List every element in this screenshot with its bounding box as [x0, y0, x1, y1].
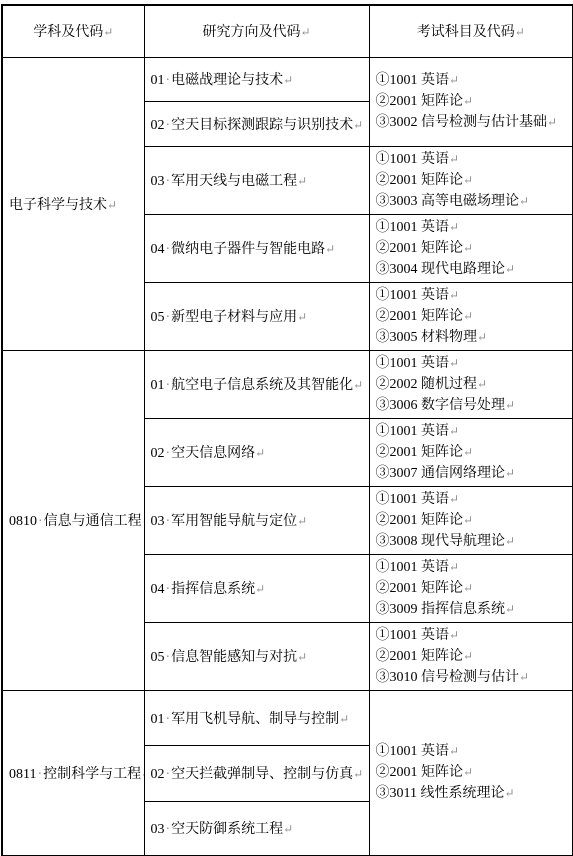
direction-name: 空天拦截弹制导、控制与仿真	[171, 767, 353, 782]
discipline-code: 0811	[9, 767, 36, 782]
direction-number: 02	[151, 446, 165, 461]
direction-name: 电磁战理论与技术	[171, 73, 283, 88]
exam-subject-line: ②2001 矩阵论↵	[376, 442, 570, 463]
exam-subject-line: ③3007 通信网络理论↵	[376, 463, 570, 484]
exam-subject-line: ③3003 高等电磁场理论↵	[376, 191, 570, 212]
exam-subject: ③3004 现代电路理论	[376, 262, 506, 277]
exam-subject-line: ②2001 矩阵论↵	[376, 646, 570, 667]
exam-subject: ③3011 线性系统理论	[376, 786, 505, 801]
header-discipline: 学科及代码↵	[2, 5, 144, 57]
direction-name: 空天防御系统工程	[171, 822, 283, 837]
exam-subject: ③3008 现代导航理论	[376, 534, 506, 549]
pilcrow-mark: ↵	[255, 446, 265, 460]
pilcrow-mark: ↵	[449, 288, 459, 302]
direction-cell: 01·电磁战理论与技术↵	[144, 57, 369, 101]
direction-number: 01	[151, 712, 165, 727]
pilcrow-mark: ↵	[463, 513, 473, 527]
exam-subject-line: ①1001 英语↵	[376, 149, 570, 170]
exam-subject: ③3009 指挥信息系统	[376, 602, 506, 617]
direction-name: 军用飞机导航、制导与控制	[171, 712, 339, 727]
exam-subject-line: ①1001 英语↵	[376, 625, 570, 646]
pilcrow-mark: ↵	[463, 445, 473, 459]
exam-cell: ①1001 英语↵ ②2001 矩阵论↵ ③3005 材料物理↵	[369, 282, 573, 350]
direction-number: 01	[151, 378, 165, 393]
exam-subject-line: ②2001 矩阵论↵	[376, 91, 570, 112]
exam-subject: ③3003 高等电磁场理论	[376, 194, 520, 209]
exam-subject-line: ②2001 矩阵论↵	[376, 238, 570, 259]
direction-number: 03	[151, 822, 165, 837]
exam-subject: ②2001 矩阵论	[376, 581, 464, 596]
direction-cell: 02·空天目标探测跟踪与识别技术↵	[144, 101, 369, 146]
direction-number: 05	[151, 650, 165, 665]
exam-subject: ①1001 英语	[376, 628, 450, 643]
direction-number: 04	[151, 242, 165, 257]
direction-cell: 03·空天防御系统工程↵	[144, 801, 369, 856]
exam-cell: ①1001 英语↵ ②2001 矩阵论↵ ③3007 通信网络理论↵	[369, 418, 573, 486]
exam-subject: ②2001 矩阵论	[376, 649, 464, 664]
direction-cell: 03·军用智能导航与定位↵	[144, 486, 369, 554]
pilcrow-mark: ↵	[103, 25, 113, 39]
pilcrow-mark: ↵	[449, 492, 459, 506]
header-exam-label: 考试科目及代码	[417, 25, 515, 40]
pilcrow-mark: ↵	[547, 115, 557, 129]
pilcrow-mark: ↵	[463, 173, 473, 187]
pilcrow-mark: ↵	[339, 712, 349, 726]
pilcrow-mark: ↵	[449, 73, 459, 87]
direction-cell: 05·信息智能感知与对抗↵	[144, 622, 369, 690]
space-dot: ·	[37, 514, 44, 529]
pilcrow-mark: ↵	[477, 377, 487, 391]
exam-subject-line: ①1001 英语↵	[376, 741, 570, 762]
exam-cell: ①1001 英语↵ ②2001 矩阵论↵ ③3010 信号检测与估计↵	[369, 622, 573, 690]
pilcrow-mark: ↵	[477, 330, 487, 344]
pilcrow-mark: ↵	[505, 466, 515, 480]
header-discipline-label: 学科及代码	[33, 25, 103, 40]
exam-subject-line: ①1001 英语↵	[376, 70, 570, 91]
direction-name: 航空电子信息系统及其智能化	[171, 378, 353, 393]
direction-cell: 04·指挥信息系统↵	[144, 554, 369, 622]
exam-subject-line: ②2001 矩阵论↵	[376, 762, 570, 783]
pilcrow-mark: ↵	[519, 670, 529, 684]
exam-subject-line: ②2001 矩阵论↵	[376, 306, 570, 327]
exam-subject-line: ③3008 现代导航理论↵	[376, 531, 570, 552]
direction-cell: 01·航空电子信息系统及其智能化↵	[144, 350, 369, 418]
pilcrow-mark: ↵	[107, 198, 117, 212]
pilcrow-mark: ↵	[449, 424, 459, 438]
table-row: 电子科学与技术↵ 01·电磁战理论与技术↵ ①1001 英语↵ ②2001 矩阵…	[2, 57, 573, 101]
discipline-code: 0810	[9, 514, 37, 529]
exam-subject-line: ①1001 英语↵	[376, 285, 570, 306]
pilcrow-mark: ↵	[463, 581, 473, 595]
direction-name: 微纳电子器件与智能电路	[171, 242, 325, 257]
pilcrow-mark: ↵	[353, 378, 363, 392]
exam-subject-line: ②2002 随机过程↵	[376, 374, 570, 395]
direction-cell: 04·微纳电子器件与智能电路↵	[144, 214, 369, 282]
exam-cell: ①1001 英语↵ ②2001 矩阵论↵ ③3002 信号检测与估计基础↵	[369, 57, 573, 146]
exam-subject-line: ②2001 矩阵论↵	[376, 170, 570, 191]
exam-cell: ①1001 英语↵ ②2001 矩阵论↵ ③3004 现代电路理论↵	[369, 214, 573, 282]
direction-number: 05	[151, 310, 165, 325]
exam-subject: ①1001 英语	[376, 356, 450, 371]
pilcrow-mark: ↵	[449, 356, 459, 370]
header-direction-label: 研究方向及代码	[202, 25, 300, 40]
table-header-row: 学科及代码↵ 研究方向及代码↵ 考试科目及代码↵	[2, 5, 573, 57]
pilcrow-mark: ↵	[297, 650, 307, 664]
exam-cell: ①1001 英语↵ ②2001 矩阵论↵ ③3008 现代导航理论↵	[369, 486, 573, 554]
exam-subject-line: ③3005 材料物理↵	[376, 327, 570, 348]
exam-subject: ③3002 信号检测与估计基础	[376, 115, 548, 130]
discipline-cell: 0811·控制科学与工程↵	[2, 690, 144, 856]
pilcrow-mark: ↵	[255, 582, 265, 596]
exam-cell: ①1001 英语↵ ②2001 矩阵论↵ ③3009 指挥信息系统↵	[369, 554, 573, 622]
pilcrow-mark: ↵	[297, 174, 307, 188]
exam-subject-line: ③3009 指挥信息系统↵	[376, 599, 570, 620]
exam-subject: ②2001 矩阵论	[376, 241, 464, 256]
pilcrow-mark: ↵	[297, 514, 307, 528]
pilcrow-mark: ↵	[463, 309, 473, 323]
exam-subject: ③3010 信号检测与估计	[376, 670, 520, 685]
pilcrow-mark: ↵	[505, 534, 515, 548]
header-direction: 研究方向及代码↵	[144, 5, 369, 57]
exam-subject-line: ③3010 信号检测与估计↵	[376, 667, 570, 688]
exam-subject-line: ①1001 英语↵	[376, 489, 570, 510]
direction-name: 军用智能导航与定位	[171, 514, 297, 529]
direction-name: 新型电子材料与应用	[171, 310, 297, 325]
direction-number: 01	[151, 73, 165, 88]
pilcrow-mark: ↵	[449, 152, 459, 166]
pilcrow-mark: ↵	[463, 241, 473, 255]
direction-name: 空天信息网络	[171, 446, 255, 461]
discipline-name: 电子科学与技术	[9, 198, 107, 213]
exam-subject: ③3005 材料物理	[376, 330, 478, 345]
direction-cell: 03·军用天线与电磁工程↵	[144, 146, 369, 214]
pilcrow-mark: ↵	[449, 628, 459, 642]
exam-subject: ②2001 矩阵论	[376, 173, 464, 188]
pilcrow-mark: ↵	[519, 194, 529, 208]
exam-subject-line: ①1001 英语↵	[376, 217, 570, 238]
pilcrow-mark: ↵	[297, 310, 307, 324]
exam-cell: ①1001 英语↵ ②2001 矩阵论↵ ③3003 高等电磁场理论↵	[369, 146, 573, 214]
discipline-name: 控制科学与工程	[43, 767, 141, 782]
direction-number: 03	[151, 174, 165, 189]
table-row: 0810·信息与通信工程↵ 01·航空电子信息系统及其智能化↵ ①1001 英语…	[2, 350, 573, 418]
direction-name: 军用天线与电磁工程	[171, 174, 297, 189]
pilcrow-mark: ↵	[463, 649, 473, 663]
exam-subject: ①1001 英语	[376, 492, 450, 507]
exam-subject: ①1001 英语	[376, 288, 450, 303]
pilcrow-mark: ↵	[504, 786, 514, 800]
pilcrow-mark: ↵	[325, 242, 335, 256]
direction-cell: 02·空天拦截弹制导、控制与仿真↵	[144, 745, 369, 801]
direction-cell: 01·军用飞机导航、制导与控制↵	[144, 690, 369, 745]
exam-subjects-table: 学科及代码↵ 研究方向及代码↵ 考试科目及代码↵ 电子科学与技术↵ 01·电磁战…	[1, 4, 573, 856]
exam-cell: ①1001 英语↵ ②2002 随机过程↵ ③3006 数字信号处理↵	[369, 350, 573, 418]
direction-number: 04	[151, 582, 165, 597]
direction-number: 03	[151, 514, 165, 529]
direction-cell: 02·空天信息网络↵	[144, 418, 369, 486]
pilcrow-mark: ↵	[283, 822, 293, 836]
exam-subject: ③3006 数字信号处理	[376, 398, 506, 413]
pilcrow-mark: ↵	[515, 25, 525, 39]
exam-subject-line: ③3006 数字信号处理↵	[376, 395, 570, 416]
exam-subject: ①1001 英语	[376, 73, 450, 88]
pilcrow-mark: ↵	[353, 767, 363, 781]
exam-subject-line: ③3004 现代电路理论↵	[376, 259, 570, 280]
direction-name: 空天目标探测跟踪与识别技术	[171, 118, 353, 133]
exam-subject: ①1001 英语	[376, 424, 450, 439]
exam-subject: ②2002 随机过程	[376, 377, 478, 392]
exam-subject-line: ①1001 英语↵	[376, 557, 570, 578]
exam-subject: ①1001 英语	[376, 744, 450, 759]
direction-name: 指挥信息系统	[171, 582, 255, 597]
direction-name: 信息智能感知与对抗	[171, 650, 297, 665]
pilcrow-mark: ↵	[463, 94, 473, 108]
pilcrow-mark: ↵	[505, 398, 515, 412]
exam-subject: ③3007 通信网络理论	[376, 466, 506, 481]
exam-subject: ②2001 矩阵论	[376, 445, 464, 460]
exam-subject-line: ③3011 线性系统理论↵	[376, 783, 570, 804]
pilcrow-mark: ↵	[353, 118, 363, 132]
pilcrow-mark: ↵	[449, 220, 459, 234]
discipline-cell: 电子科学与技术↵	[2, 57, 144, 350]
direction-number: 02	[151, 118, 165, 133]
exam-subject-line: ①1001 英语↵	[376, 353, 570, 374]
exam-subject: ②2001 矩阵论	[376, 765, 464, 780]
exam-subject-line: ①1001 英语↵	[376, 421, 570, 442]
exam-subject: ②2001 矩阵论	[376, 94, 464, 109]
exam-cell: ①1001 英语↵ ②2001 矩阵论↵ ③3011 线性系统理论↵	[369, 690, 573, 856]
exam-subject: ①1001 英语	[376, 560, 450, 575]
header-exam: 考试科目及代码↵	[369, 5, 573, 57]
direction-cell: 05·新型电子材料与应用↵	[144, 282, 369, 350]
exam-subject: ①1001 英语	[376, 220, 450, 235]
direction-number: 02	[151, 767, 165, 782]
pilcrow-mark: ↵	[463, 765, 473, 779]
discipline-name: 信息与通信工程	[44, 514, 142, 529]
exam-subject: ①1001 英语	[376, 152, 450, 167]
pilcrow-mark: ↵	[505, 602, 515, 616]
pilcrow-mark: ↵	[283, 73, 293, 87]
exam-subject-line: ②2001 矩阵论↵	[376, 578, 570, 599]
pilcrow-mark: ↵	[449, 560, 459, 574]
table-row: 0811·控制科学与工程↵ 01·军用飞机导航、制导与控制↵ ①1001 英语↵…	[2, 690, 573, 745]
exam-subject: ②2001 矩阵论	[376, 309, 464, 324]
pilcrow-mark: ↵	[505, 262, 515, 276]
pilcrow-mark: ↵	[449, 744, 459, 758]
exam-subject-line: ③3002 信号检测与估计基础↵	[376, 112, 570, 133]
discipline-cell: 0810·信息与通信工程↵	[2, 350, 144, 690]
exam-subject: ②2001 矩阵论	[376, 513, 464, 528]
exam-subject-line: ②2001 矩阵论↵	[376, 510, 570, 531]
pilcrow-mark: ↵	[300, 25, 310, 39]
